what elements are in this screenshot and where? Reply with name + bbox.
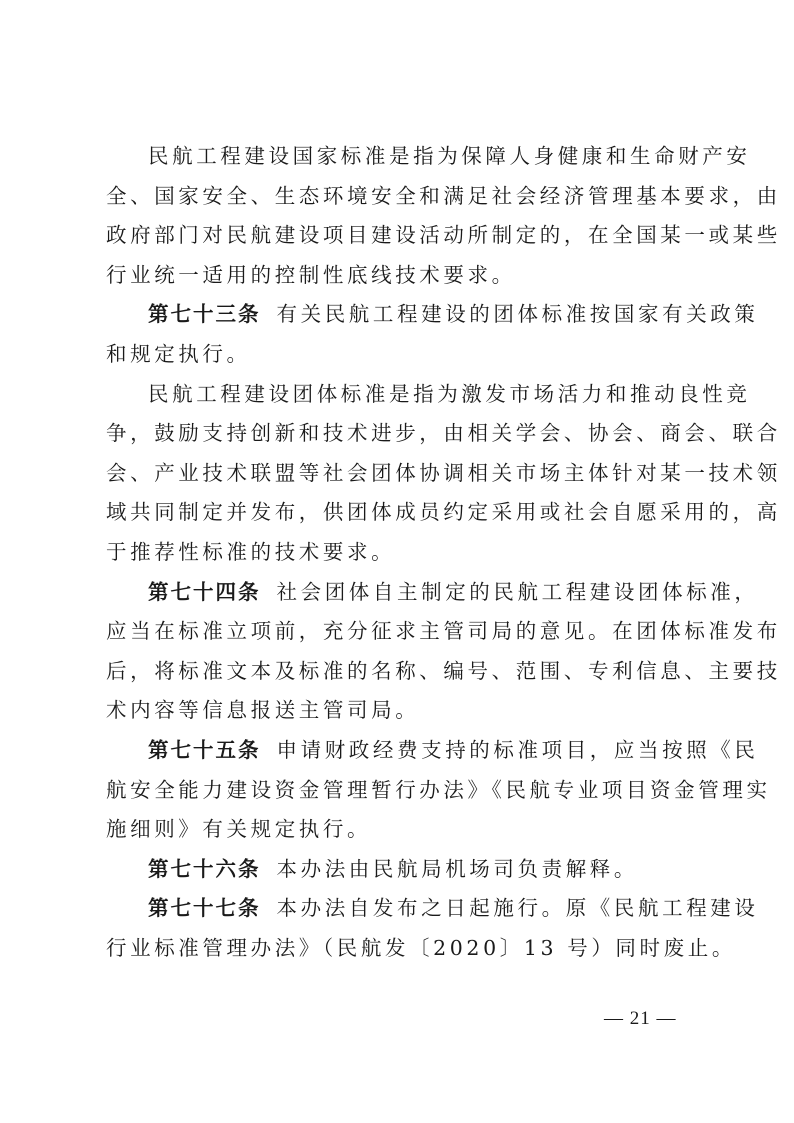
text-line: 第七十七条本办法自发布之日起施行。原《民航工程建设 [106, 889, 694, 929]
article-77: 第七十七条本办法自发布之日起施行。原《民航工程建设 行业标准管理办法》（民航发〔… [106, 889, 694, 968]
text-line: 域共同制定并发布，供团体成员约定采用或社会自愿采用的，高 [106, 493, 694, 533]
paragraph-group-standard: 民航工程建设团体标准是指为激发市场活力和推动良性竞 争，鼓励支持创新和技术进步，… [106, 375, 694, 573]
text-line: 术内容等信息报送主管司局。 [106, 691, 694, 731]
article-74: 第七十四条社会团体自主制定的民航工程建设团体标准， 应当在标准立项前，充分征求主… [106, 573, 694, 731]
text-line: 争，鼓励支持创新和技术进步，由相关学会、协会、商会、联合 [106, 414, 694, 454]
text-line: 第七十三条有关民航工程建设的团体标准按国家有关政策 [106, 295, 694, 335]
text-line: 于推荐性标准的技术要求。 [106, 533, 694, 573]
document-body: 民航工程建设国家标准是指为保障人身健康和生命财产安 全、国家安全、生态环境安全和… [106, 137, 694, 968]
article-heading: 第七十四条 [148, 580, 261, 604]
article-heading: 第七十七条 [148, 896, 261, 920]
text-line: 施细则》有关规定执行。 [106, 810, 694, 850]
article-text: 本办法自发布之日起施行。原《民航工程建设 [277, 896, 759, 920]
article-73: 第七十三条有关民航工程建设的团体标准按国家有关政策 和规定执行。 [106, 295, 694, 374]
article-text: 有关民航工程建设的团体标准按国家有关政策 [277, 302, 759, 326]
text-line: 行业统一适用的控制性底线技术要求。 [106, 256, 694, 296]
text-line: 民航工程建设团体标准是指为激发市场活力和推动良性竞 [106, 375, 694, 415]
text-line: 政府部门对民航建设项目建设活动所制定的，在全国某一或某些 [106, 216, 694, 256]
text-line: 第七十五条申请财政经费支持的标准项目，应当按照《民 [106, 731, 694, 771]
article-text: 社会团体自主制定的民航工程建设团体标准， [277, 580, 759, 604]
text-line: 后，将标准文本及标准的名称、编号、范围、专利信息、主要技 [106, 652, 694, 692]
article-heading: 第七十五条 [148, 738, 261, 762]
text-line: 和规定执行。 [106, 335, 694, 375]
text-line: 全、国家安全、生态环境安全和满足社会经济管理基本要求，由 [106, 177, 694, 217]
article-75: 第七十五条申请财政经费支持的标准项目，应当按照《民 航安全能力建设资金管理暂行办… [106, 731, 694, 850]
text-line: 会、产业技术联盟等社会团体协调相关市场主体针对某一技术领 [106, 454, 694, 494]
article-heading: 第七十三条 [148, 302, 261, 326]
paragraph-national-standard: 民航工程建设国家标准是指为保障人身健康和生命财产安 全、国家安全、生态环境安全和… [106, 137, 694, 295]
text-line: 航安全能力建设资金管理暂行办法》《民航专业项目资金管理实 [106, 771, 694, 811]
article-76: 第七十六条本办法由民航局机场司负责解释。 [106, 850, 694, 890]
text-line: 行业标准管理办法》（民航发〔2020〕13 号）同时废止。 [106, 929, 694, 969]
article-text: 申请财政经费支持的标准项目，应当按照《民 [277, 738, 759, 762]
text-line: 应当在标准立项前，充分征求主管司局的意见。在团体标准发布 [106, 612, 694, 652]
article-text: 本办法由民航局机场司负责解释。 [277, 857, 639, 881]
article-heading: 第七十六条 [148, 857, 261, 881]
page-number: — 21 — [604, 1008, 677, 1030]
text-line: 民航工程建设国家标准是指为保障人身健康和生命财产安 [106, 137, 694, 177]
text-line: 第七十六条本办法由民航局机场司负责解释。 [106, 850, 694, 890]
text-line: 第七十四条社会团体自主制定的民航工程建设团体标准， [106, 573, 694, 613]
